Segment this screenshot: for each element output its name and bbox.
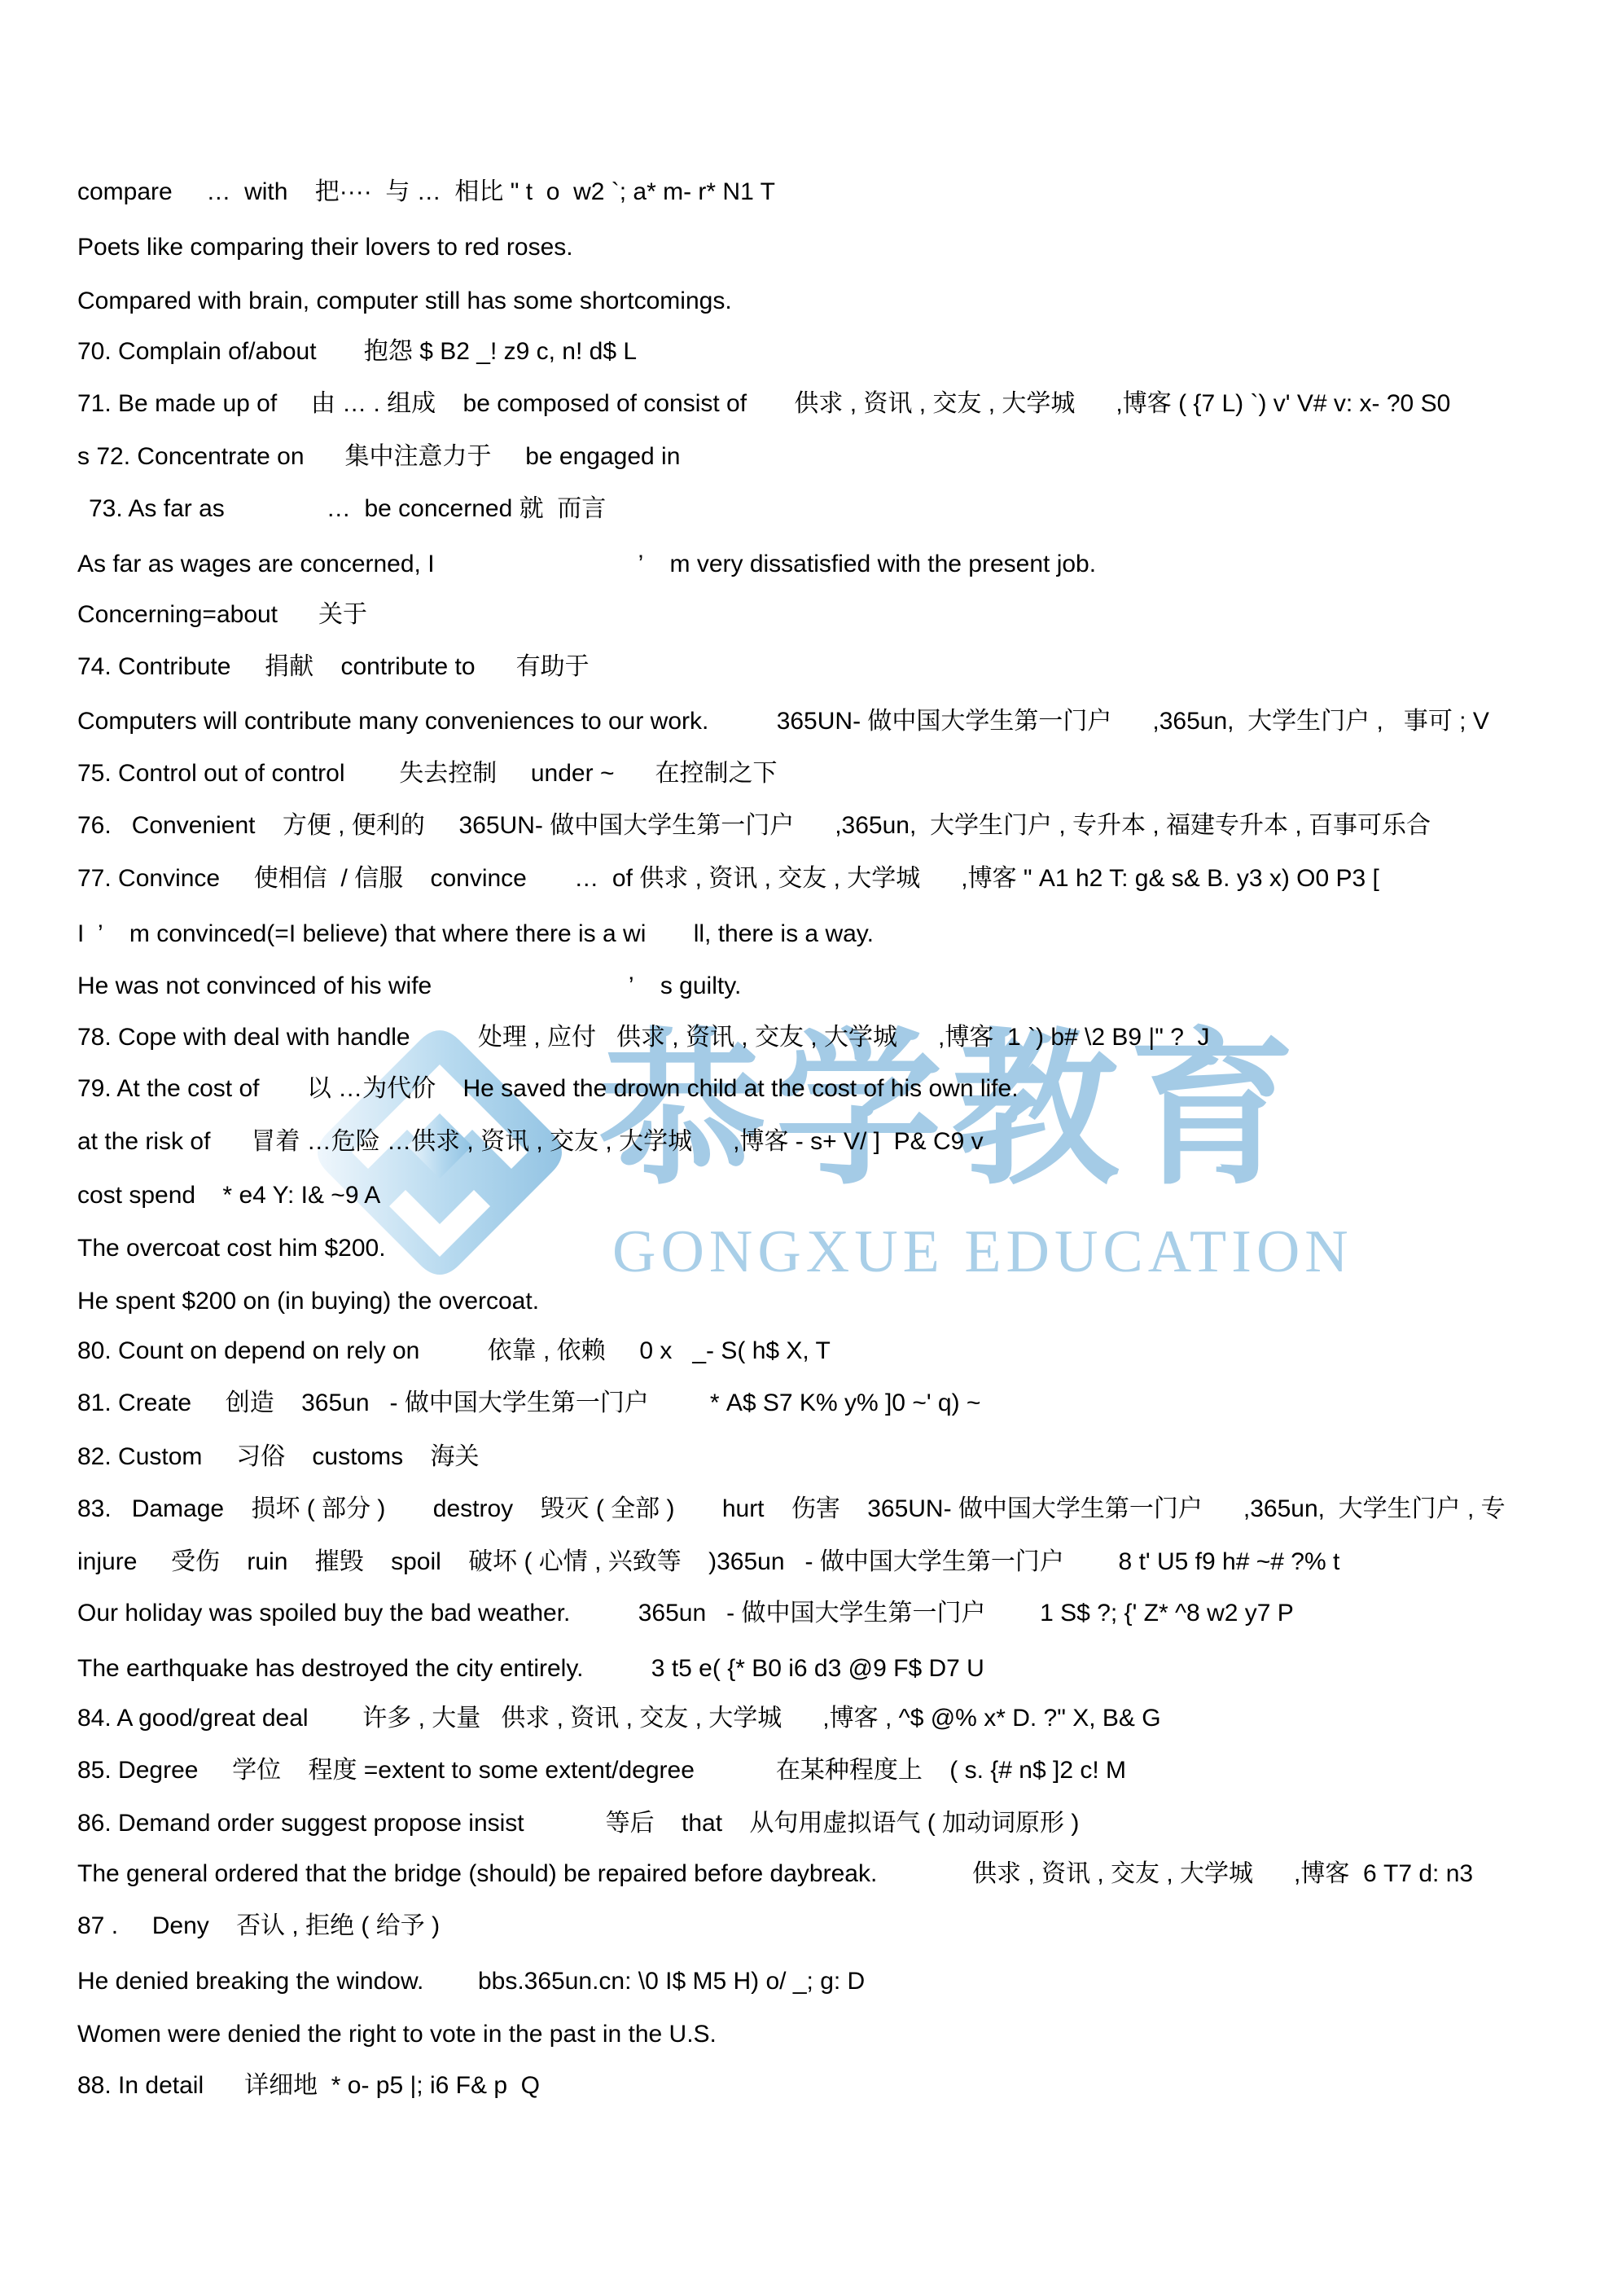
text-line: Poets like comparing their lovers to red… — [77, 233, 573, 262]
document-body: compare … with 把···· 与 … 相比 " t o w2 `; … — [0, 0, 1622, 2296]
text-line: 77. Convince 使相信 / 信服 convince … of 供求 ,… — [77, 864, 1379, 893]
text-line: cost spend * e4 Y: I& ~9 A — [77, 1181, 380, 1210]
text-line: 86. Demand order suggest propose insist … — [77, 1809, 1079, 1838]
text-line: 80. Count on depend on rely on 依靠 , 依赖 0… — [77, 1337, 831, 1366]
text-line: 71. Be made up of 由 … . 组成 be composed o… — [77, 389, 1450, 419]
text-line: 74. Contribute 捐献 contribute to 有助于 — [77, 652, 590, 682]
text-line: 81. Create 创造 365un - 做中国大学生第一门户 * A$ S7… — [77, 1389, 980, 1418]
text-line: 76. Convenient 方便 , 便利的 365UN- 做中国大学生第一门… — [77, 811, 1431, 841]
text-line: The overcoat cost him $200. — [77, 1234, 386, 1263]
text-line: 79. At the cost of 以 …为代价 He saved the d… — [77, 1074, 1019, 1104]
text-line: Computers will contribute many convenien… — [77, 707, 1489, 736]
text-line: Compared with brain, computer still has … — [77, 287, 732, 316]
text-line: 85. Degree 学位 程度 =extent to some extent/… — [77, 1756, 1126, 1785]
text-line: 87 . Deny 否认 , 拒绝 ( 给予 ) — [77, 1912, 440, 1941]
text-line: As far as wages are concerned, I ’ m ver… — [77, 550, 1096, 579]
text-line: 82. Custom 习俗 customs 海关 — [77, 1442, 479, 1472]
text-line: 84. A good/great deal 许多 , 大量 供求 , 资讯 , … — [77, 1704, 1161, 1733]
text-line: 83. Damage 损坏 ( 部分 ) destroy 毁灭 ( 全部 ) h… — [77, 1495, 1506, 1524]
text-line: 75. Control out of control 失去控制 under ~ … — [77, 759, 777, 788]
text-line: injure 受伤 ruin 摧毁 spoil 破坏 ( 心情 , 兴致等 )3… — [77, 1547, 1339, 1577]
text-line: at the risk of 冒着 …危险 …供求 , 资讯 , 交友 , 大学… — [77, 1127, 984, 1157]
text-line: The earthquake has destroyed the city en… — [77, 1654, 984, 1684]
text-line: 70. Complain of/about 抱怨 $ B2 _! z9 c, n… — [77, 337, 637, 367]
text-line: Concerning=about 关于 — [77, 600, 367, 630]
text-line: Our holiday was spoiled buy the bad weat… — [77, 1599, 1294, 1628]
document-page: 恭学教育 GONGXUE EDUCATION compare … with 把·… — [0, 0, 1622, 2296]
text-line: The general ordered that the bridge (sho… — [77, 1859, 1473, 1889]
text-line: I ’ m convinced(=I believe) that where t… — [77, 920, 874, 949]
text-line: He denied breaking the window. bbs.365un… — [77, 1967, 865, 1996]
text-line: He was not convinced of his wife ’ s gui… — [77, 972, 741, 1001]
text-line: He spent $200 on (in buying) the overcoa… — [77, 1287, 539, 1316]
text-line: 88. In detail 详细地 * o- p5 |; i6 F& p Q — [77, 2071, 540, 2101]
text-line: 78. Cope with deal with handle 处理 , 应付 供… — [77, 1023, 1210, 1052]
text-line: s 72. Concentrate on 集中注意力于 be engaged i… — [77, 442, 680, 472]
text-line: compare … with 把···· 与 … 相比 " t o w2 `; … — [77, 178, 775, 207]
text-line: Women were denied the right to vote in t… — [77, 2020, 717, 2049]
text-line: 73. As far as … be concerned 就 而言 — [89, 494, 606, 524]
